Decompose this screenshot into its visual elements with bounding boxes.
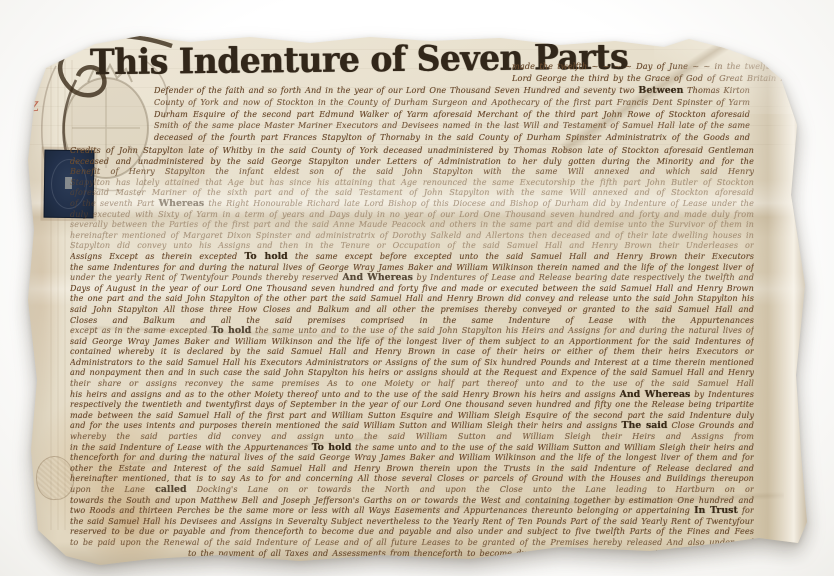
manuscript-line: hereinafter mentioned of Margaret Dixon … (70, 230, 754, 241)
parchment-sheet: This Indenture of Seven Parts Z made the… (24, 30, 816, 570)
manuscript-line: Assigns Except as therein excepted To ho… (70, 251, 754, 262)
manuscript-line: aforesaid Master Mariner of the sixth pa… (70, 187, 754, 198)
manuscript-line: the one part and the said John Stapylton… (70, 293, 754, 304)
manuscript-line: of the seventh Part Whereas the Right Ho… (70, 198, 754, 209)
manuscript-line: the same Indentures for and during the n… (70, 262, 754, 273)
photo-background: This Indenture of Seven Parts Z made the… (0, 0, 834, 576)
manuscript-line: severally between the Parties of the fir… (70, 219, 754, 230)
document-title: This Indenture of Seven Parts (90, 36, 570, 82)
manuscript-line: whereby the said parties did convey and … (70, 431, 754, 442)
manuscript-line: Days of August in the year of our Lord O… (70, 283, 754, 294)
manuscript-line: contained whereby it is declared by the … (70, 346, 754, 357)
manuscript-line: upon the Lane called Docking's Lane on o… (70, 484, 754, 495)
manuscript-line: and nonpayment then and in such case the… (70, 367, 754, 378)
manuscript-line: duly executed with Sixty of Yarm in a te… (70, 209, 754, 220)
manuscript-line: respectively the twentieth and twentyfir… (70, 399, 754, 410)
manuscript-line: reserved to be due or payable and from t… (70, 526, 754, 537)
manuscript-line: their share or assigns reconvey the same… (70, 378, 754, 389)
manuscript-line: Administrators to the said Samuel Hall h… (70, 357, 754, 368)
manuscript-line: two Roods and thirteen Perches be the sa… (70, 505, 754, 516)
parchment-document: This Indenture of Seven Parts Z made the… (24, 30, 816, 570)
manuscript-line: and for the uses intents and purposes th… (70, 420, 754, 431)
manuscript-line: Stapylton has lately attained that Age b… (70, 177, 754, 188)
manuscript-body-lines: Credits of John Stapylton late of Whitby… (70, 145, 754, 558)
manuscript-line: Closes and Balkum and all the said premi… (70, 315, 754, 326)
manuscript-line: made between the said Samuel Hall of the… (70, 410, 754, 421)
manuscript-line: other the Estate and Interest of the sai… (70, 463, 754, 474)
bottom-edge-shading (24, 542, 816, 570)
manuscript-line: said George Wray James Baker and William… (70, 336, 754, 347)
manuscript-line: hereinafter mentioned, that is to say As… (70, 473, 754, 484)
manuscript-line: deceased and unadministered by the said … (70, 156, 754, 167)
right-edge-curl (742, 30, 816, 570)
manuscript-line: Credits of John Stapylton late of Whitby… (70, 145, 754, 156)
manuscript-line: the said Samuel Hall his Devisees and As… (70, 516, 754, 527)
manuscript-line: Benefit of Henry Stapylton the infant el… (70, 166, 754, 177)
manuscript-line: his heirs and assigns and as to the othe… (70, 389, 754, 400)
manuscript-line: under the yearly Rent of Twentyfour Poun… (70, 272, 754, 283)
red-margin-mark: Z (29, 100, 40, 116)
manuscript-line: towards the South and upon Matthew Bell … (70, 495, 754, 506)
manuscript-line: Stapylton did convey unto his Assigns an… (70, 240, 754, 251)
manuscript-line: except as in the same excepted To hold t… (70, 325, 754, 336)
manuscript-line: deceased of the fourth part Frances Stap… (154, 132, 750, 144)
manuscript-line: thenceforth for and during the natural l… (70, 452, 754, 463)
manuscript-line: in the said Indenture of Lease with the … (70, 442, 754, 453)
manuscript-line: said John Stapylton All those three How … (70, 304, 754, 315)
manuscript-line: Smith of the same place Master Mariner E… (154, 120, 750, 132)
